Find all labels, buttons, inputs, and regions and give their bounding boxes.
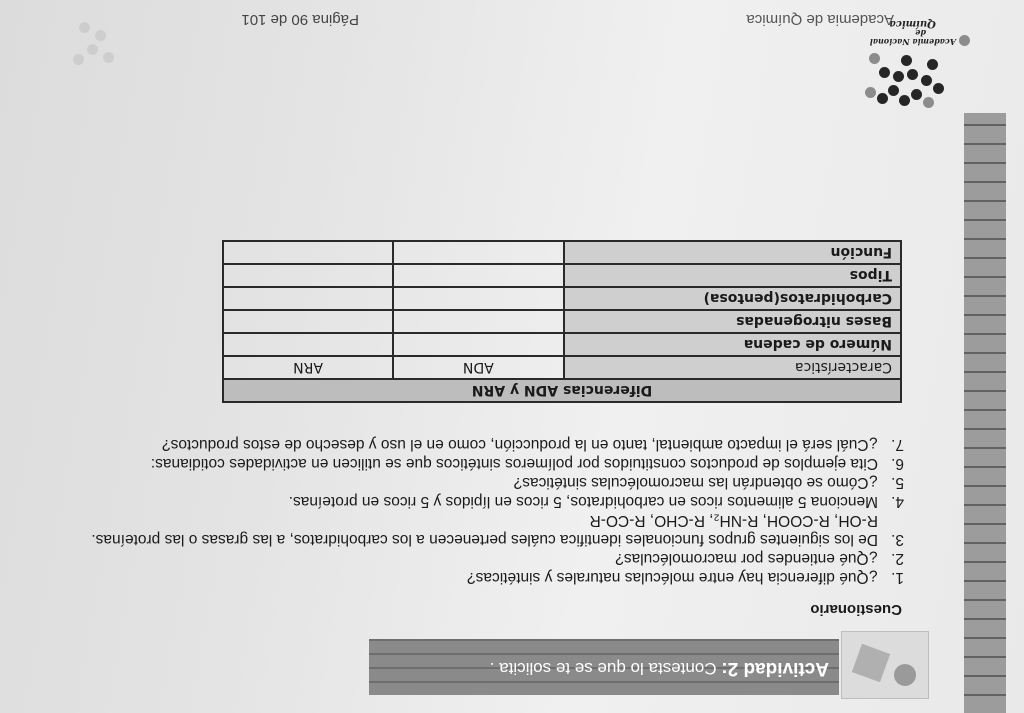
cell-adn[interactable]: [393, 287, 563, 310]
question-4: 4. Menciona 5 alimentos ricos en carbohi…: [24, 492, 904, 510]
dna-rna-table: Diferencias ADN y ARN Característica ADN…: [222, 240, 902, 403]
activity-title: Actividad 2: Contesta lo que se te solic…: [490, 657, 829, 679]
question-number: 3.: [878, 530, 904, 548]
question-number: 4.: [878, 492, 904, 510]
question-text: ¿Cómo se obtendrán las macromoléculas si…: [24, 473, 878, 491]
question-3: 3. De los siguientes grupos funcionales …: [24, 530, 904, 548]
questionnaire-heading: Cuestionario: [24, 600, 902, 618]
column-header-arn: ARN: [223, 356, 393, 379]
row-label: Carbohidratos(pentosa): [564, 287, 901, 310]
cell-arn[interactable]: [223, 287, 393, 310]
activity-label: Actividad 2:: [721, 658, 829, 679]
column-header-adn: ADN: [393, 356, 563, 379]
row-label: Función: [564, 241, 901, 264]
question-text: ¿Cuál será el impacto ambiental, tanto e…: [24, 435, 878, 453]
question-number: [878, 511, 904, 529]
row-label: Tipos: [564, 264, 901, 287]
cell-arn[interactable]: [223, 310, 393, 333]
activity-illustration: [841, 631, 929, 699]
question-2: 2. ¿Qué entiendes por macromoléculas?: [24, 549, 904, 567]
cell-arn[interactable]: [223, 333, 393, 356]
worksheet-page: Actividad 2: Contesta lo que se te solic…: [0, 0, 1024, 713]
question-1: 1. ¿Qué diferencia hay entre moléculas n…: [24, 568, 904, 586]
table-row: Carbohidratos(pentosa): [223, 287, 901, 310]
cell-adn[interactable]: [393, 333, 563, 356]
academy-logo: Academia Nacional de Química: [844, 18, 984, 108]
question-text: Menciona 5 alimentos ricos en carbohidra…: [24, 492, 878, 510]
question-7: 7. ¿Cuál será el impacto ambiental, tant…: [24, 435, 904, 453]
row-label: Bases nitrogenadas: [564, 310, 901, 333]
question-6: 6. Cita ejemplos de productos constituid…: [24, 454, 904, 472]
table-row: Tipos: [223, 264, 901, 287]
questionnaire: Cuestionario 1. ¿Qué diferencia hay entr…: [24, 434, 904, 618]
functional-groups-text: R-OH, R-COOH, R-NH₂, R-CHO, R-CO-R: [24, 511, 878, 529]
footer-academy-name: Academia de Química: [746, 11, 894, 28]
row-label: Número de cadena: [564, 333, 901, 356]
question-text: Cita ejemplos de productos constituidos …: [24, 454, 878, 472]
activity-instruction: Contesta lo que se te solicita .: [490, 659, 717, 678]
question-text: ¿Qué entiendes por macromoléculas?: [24, 549, 878, 567]
question-text: De los siguientes grupos funcionales ide…: [24, 530, 878, 548]
question-number: 6.: [878, 454, 904, 472]
cell-adn[interactable]: [393, 310, 563, 333]
cell-arn[interactable]: [223, 241, 393, 264]
table-row: Bases nitrogenadas: [223, 310, 901, 333]
table-title: Diferencias ADN y ARN: [223, 379, 901, 402]
table-row: Número de cadena: [223, 333, 901, 356]
striped-spine: [964, 113, 1006, 713]
activity-banner: Actividad 2: Contesta lo que se te solic…: [369, 633, 929, 703]
question-text: ¿Qué diferencia hay entre moléculas natu…: [24, 568, 878, 586]
functional-groups: R-OH, R-COOH, R-NH₂, R-CHO, R-CO-R: [24, 511, 904, 529]
page-number: Página 90 de 101: [241, 11, 359, 28]
question-number: 2.: [878, 549, 904, 567]
column-header-characteristic: Característica: [564, 356, 901, 379]
question-number: 1.: [878, 568, 904, 586]
question-5: 5. ¿Cómo se obtendrán las macromoléculas…: [24, 473, 904, 491]
show-through-logo: [14, 13, 124, 73]
cell-adn[interactable]: [393, 241, 563, 264]
question-number: 5.: [878, 473, 904, 491]
question-number: 7.: [878, 435, 904, 453]
cell-adn[interactable]: [393, 264, 563, 287]
table-header-row: Característica ADN ARN: [223, 356, 901, 379]
cell-arn[interactable]: [223, 264, 393, 287]
table-row: Función: [223, 241, 901, 264]
